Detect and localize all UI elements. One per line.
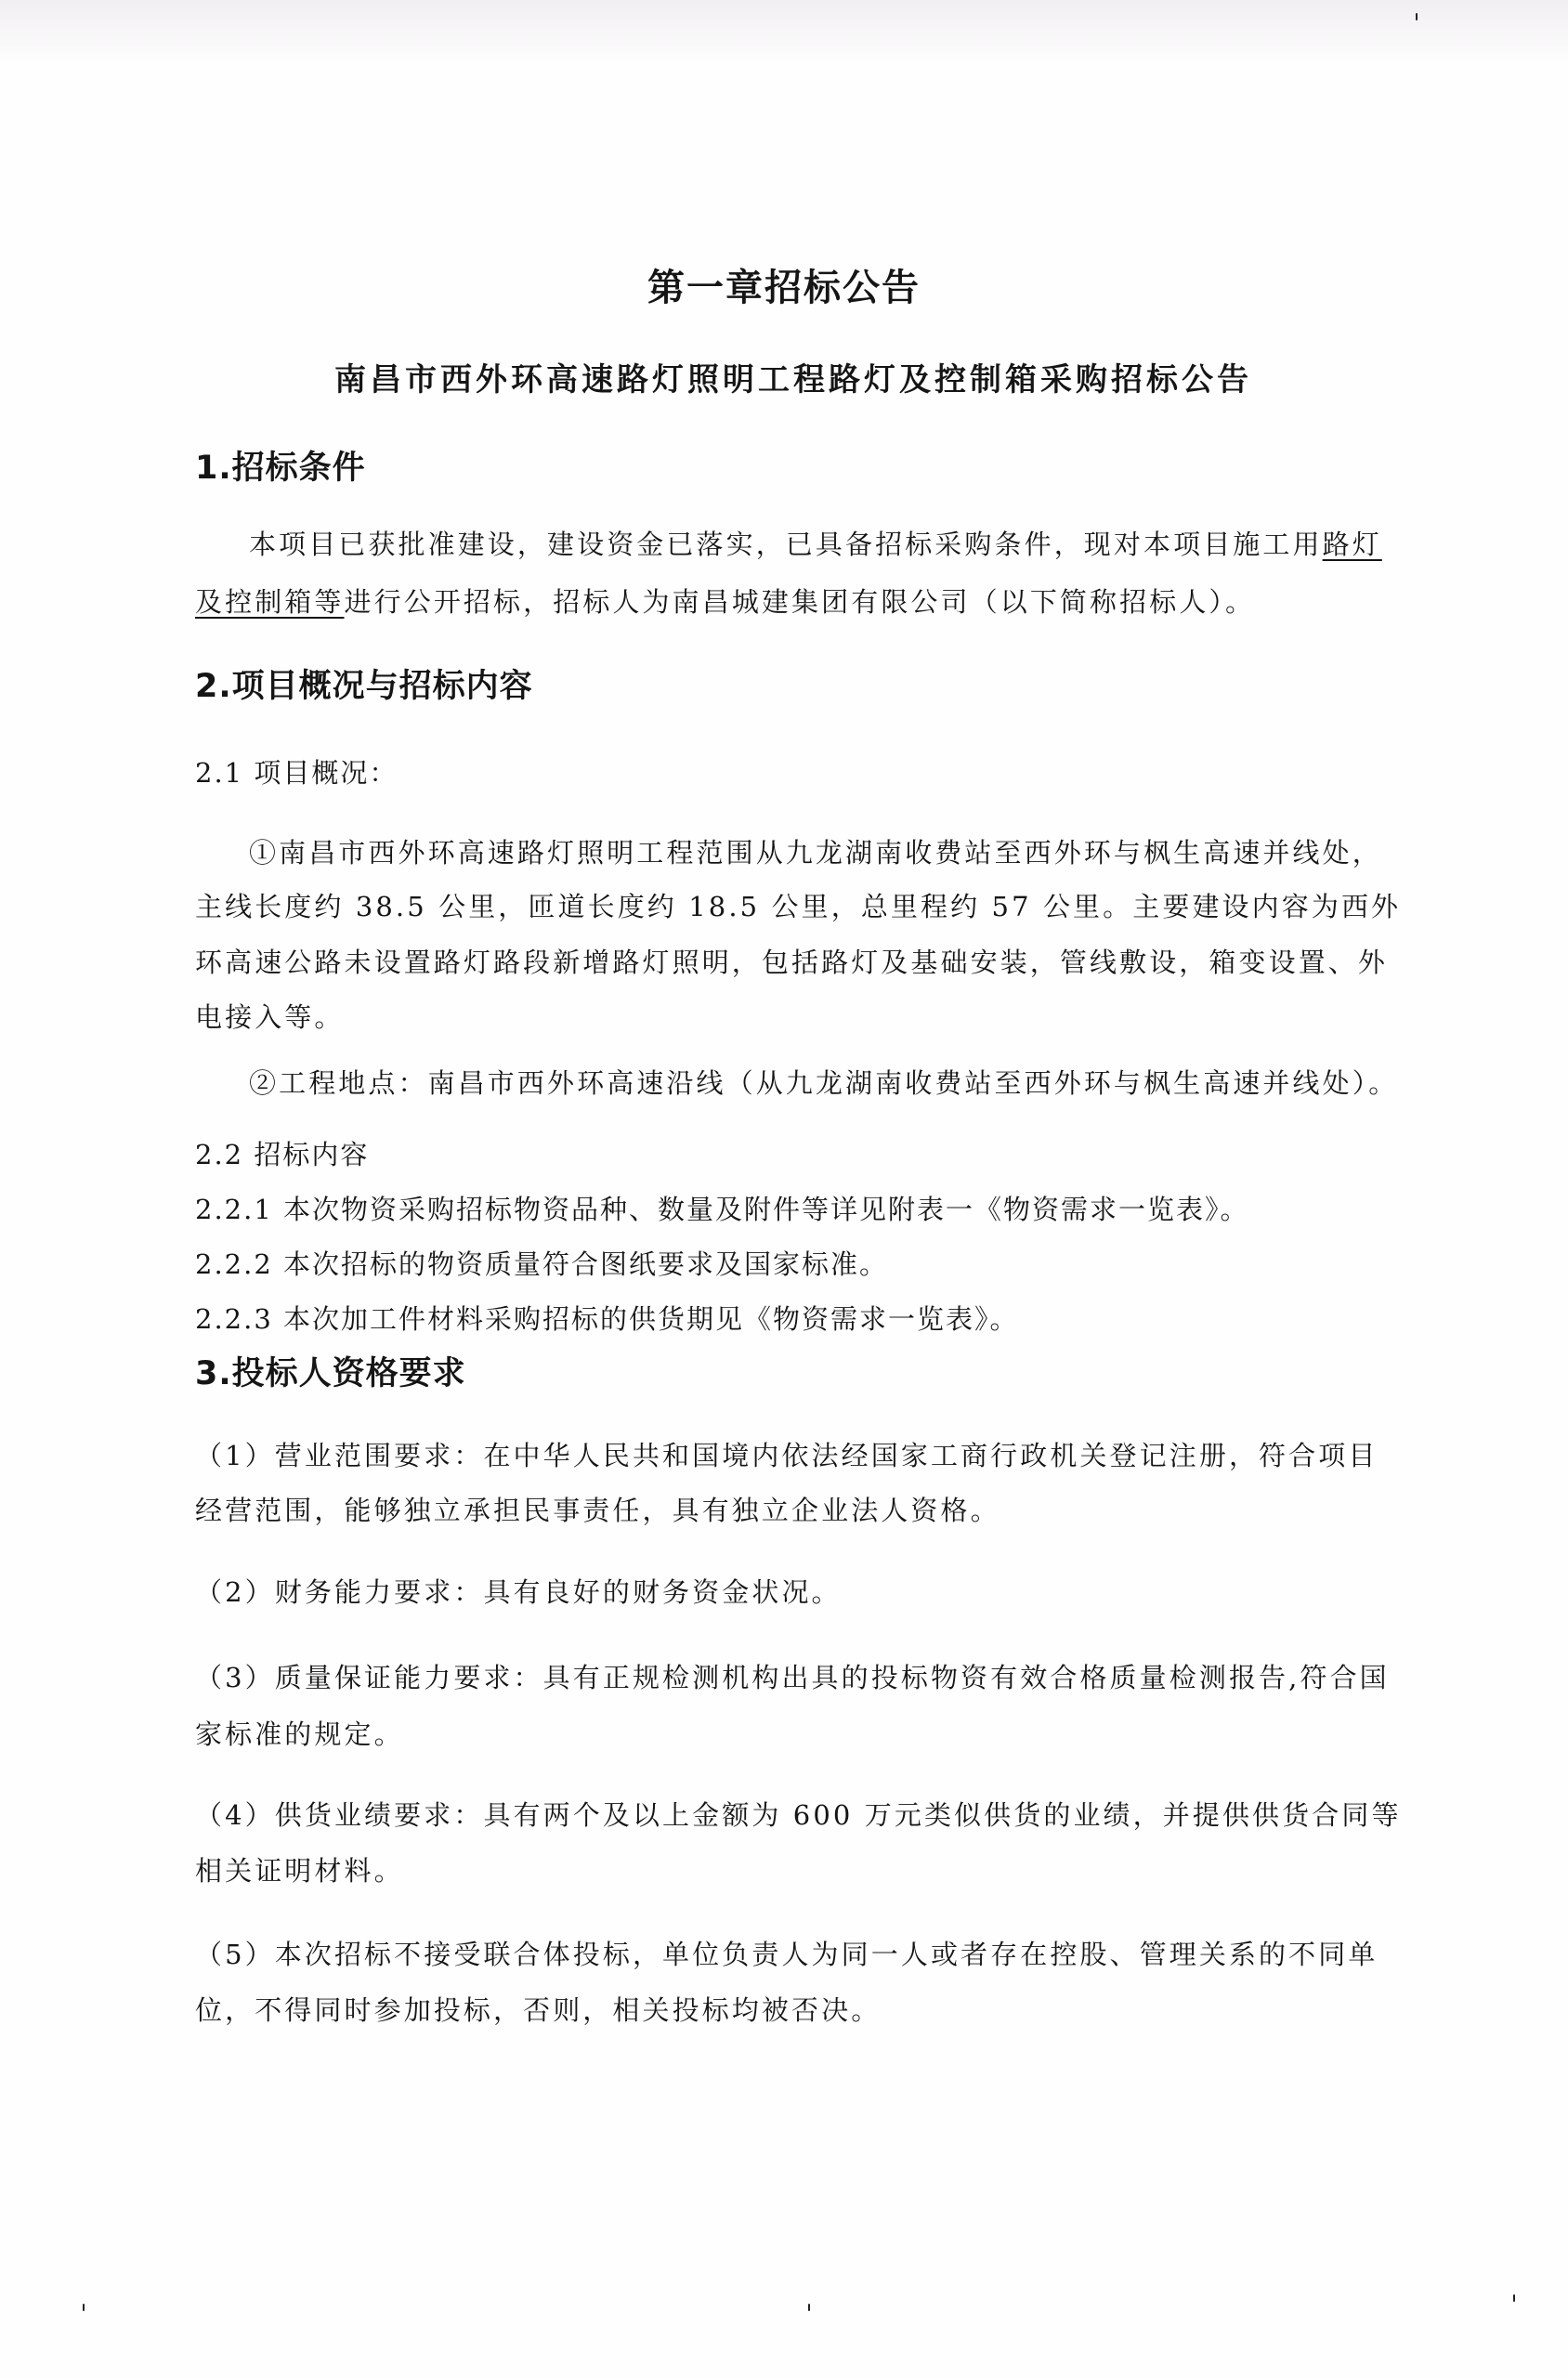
requirement-line: 位，不得同时参加投标，否则，相关投标均被否决。 <box>195 1997 881 2024</box>
section-heading-3: 3.投标人资格要求 <box>195 1358 466 1391</box>
paragraph-line: 环高速公路未设置路灯路段新增路灯照明，包括路灯及基础安装，管线敷设，箱变设置、外 <box>195 949 1388 976</box>
text-run: 进行公开招标，招标人为南昌城建集团有限公司（以下简称招标人）。 <box>345 586 1256 618</box>
subsection-heading-2-1: 2.1 项目概况： <box>195 760 398 787</box>
requirement-line: （1）营业范围要求：在中华人民共和国境内依法经国家工商行政机关登记注册，符合项目 <box>195 1443 1378 1470</box>
paragraph-line: 电接入等。 <box>195 1004 345 1031</box>
list-item-2-2-2: 2.2.2 本次招标的物资质量符合图纸要求及国家标准。 <box>195 1251 888 1278</box>
underlined-text: 及控制箱等 <box>195 586 345 618</box>
document-page: 第一章招标公告 南昌市西外环高速路灯照明工程路灯及控制箱采购招标公告 1.招标条… <box>0 0 1568 2378</box>
subsection-heading-2-2: 2.2 招标内容 <box>195 1142 369 1169</box>
requirement-line: 相关证明材料。 <box>195 1858 404 1885</box>
requirement-line: 家标准的规定。 <box>195 1721 404 1748</box>
scan-speck <box>83 2304 85 2311</box>
paragraph-line: ②工程地点：南昌市西外环高速沿线（从九龙湖南收费站至西外环与枫生高速并线处）。 <box>249 1070 1398 1097</box>
list-item-2-2-3: 2.2.3 本次加工件材料采购招标的供货期见《物资需求一览表》。 <box>195 1306 1019 1333</box>
section-heading-2: 2.项目概况与招标内容 <box>195 671 533 703</box>
requirement-line: （5）本次招标不接受联合体投标，单位负责人为同一人或者存在控股、管理关系的不同单 <box>195 1941 1378 1968</box>
paragraph-line: ①南昌市西外环高速路灯照明工程范围从九龙湖南收费站至西外环与枫生高速并线处， <box>249 840 1382 867</box>
requirement-line: 经营范围，能够独立承担民事责任，具有独立企业法人资格。 <box>195 1497 1000 1524</box>
scan-speck <box>1513 2294 1515 2302</box>
text-run: 本项目已获批准建设，建设资金已落实，已具备招标采购条件，现对本项目施工用 <box>249 529 1323 560</box>
section-heading-1: 1.招标条件 <box>195 452 366 485</box>
scan-speck <box>1416 13 1418 20</box>
chapter-title: 第一章招标公告 <box>0 269 1568 307</box>
paragraph-line: 及控制箱等进行公开招标，招标人为南昌城建集团有限公司（以下简称招标人）。 <box>195 589 1255 616</box>
paragraph-line: 主线长度约 38.5 公里，匝道长度约 18.5 公里，总里程约 57 公里。主… <box>195 894 1401 921</box>
requirement-line: （3）质量保证能力要求：具有正规检测机构出具的投标物资有效合格质量检测报告,符合… <box>195 1665 1390 1692</box>
paragraph-line: 本项目已获批准建设，建设资金已落实，已具备招标采购条件，现对本项目施工用路灯 <box>249 531 1382 558</box>
underlined-text: 路灯 <box>1323 529 1382 560</box>
document-title: 南昌市西外环高速路灯照明工程路灯及控制箱采购招标公告 <box>0 364 1568 396</box>
list-item-2-2-1: 2.2.1 本次物资采购招标物资品种、数量及附件等详见附表一《物资需求一览表》。 <box>195 1196 1249 1223</box>
requirement-line: （2）财务能力要求：具有良好的财务资金状况。 <box>195 1579 842 1606</box>
scan-speck <box>808 2304 810 2311</box>
requirement-line: （4）供货业绩要求：具有两个及以上金额为 600 万元类似供货的业绩，并提供供货… <box>195 1802 1402 1829</box>
